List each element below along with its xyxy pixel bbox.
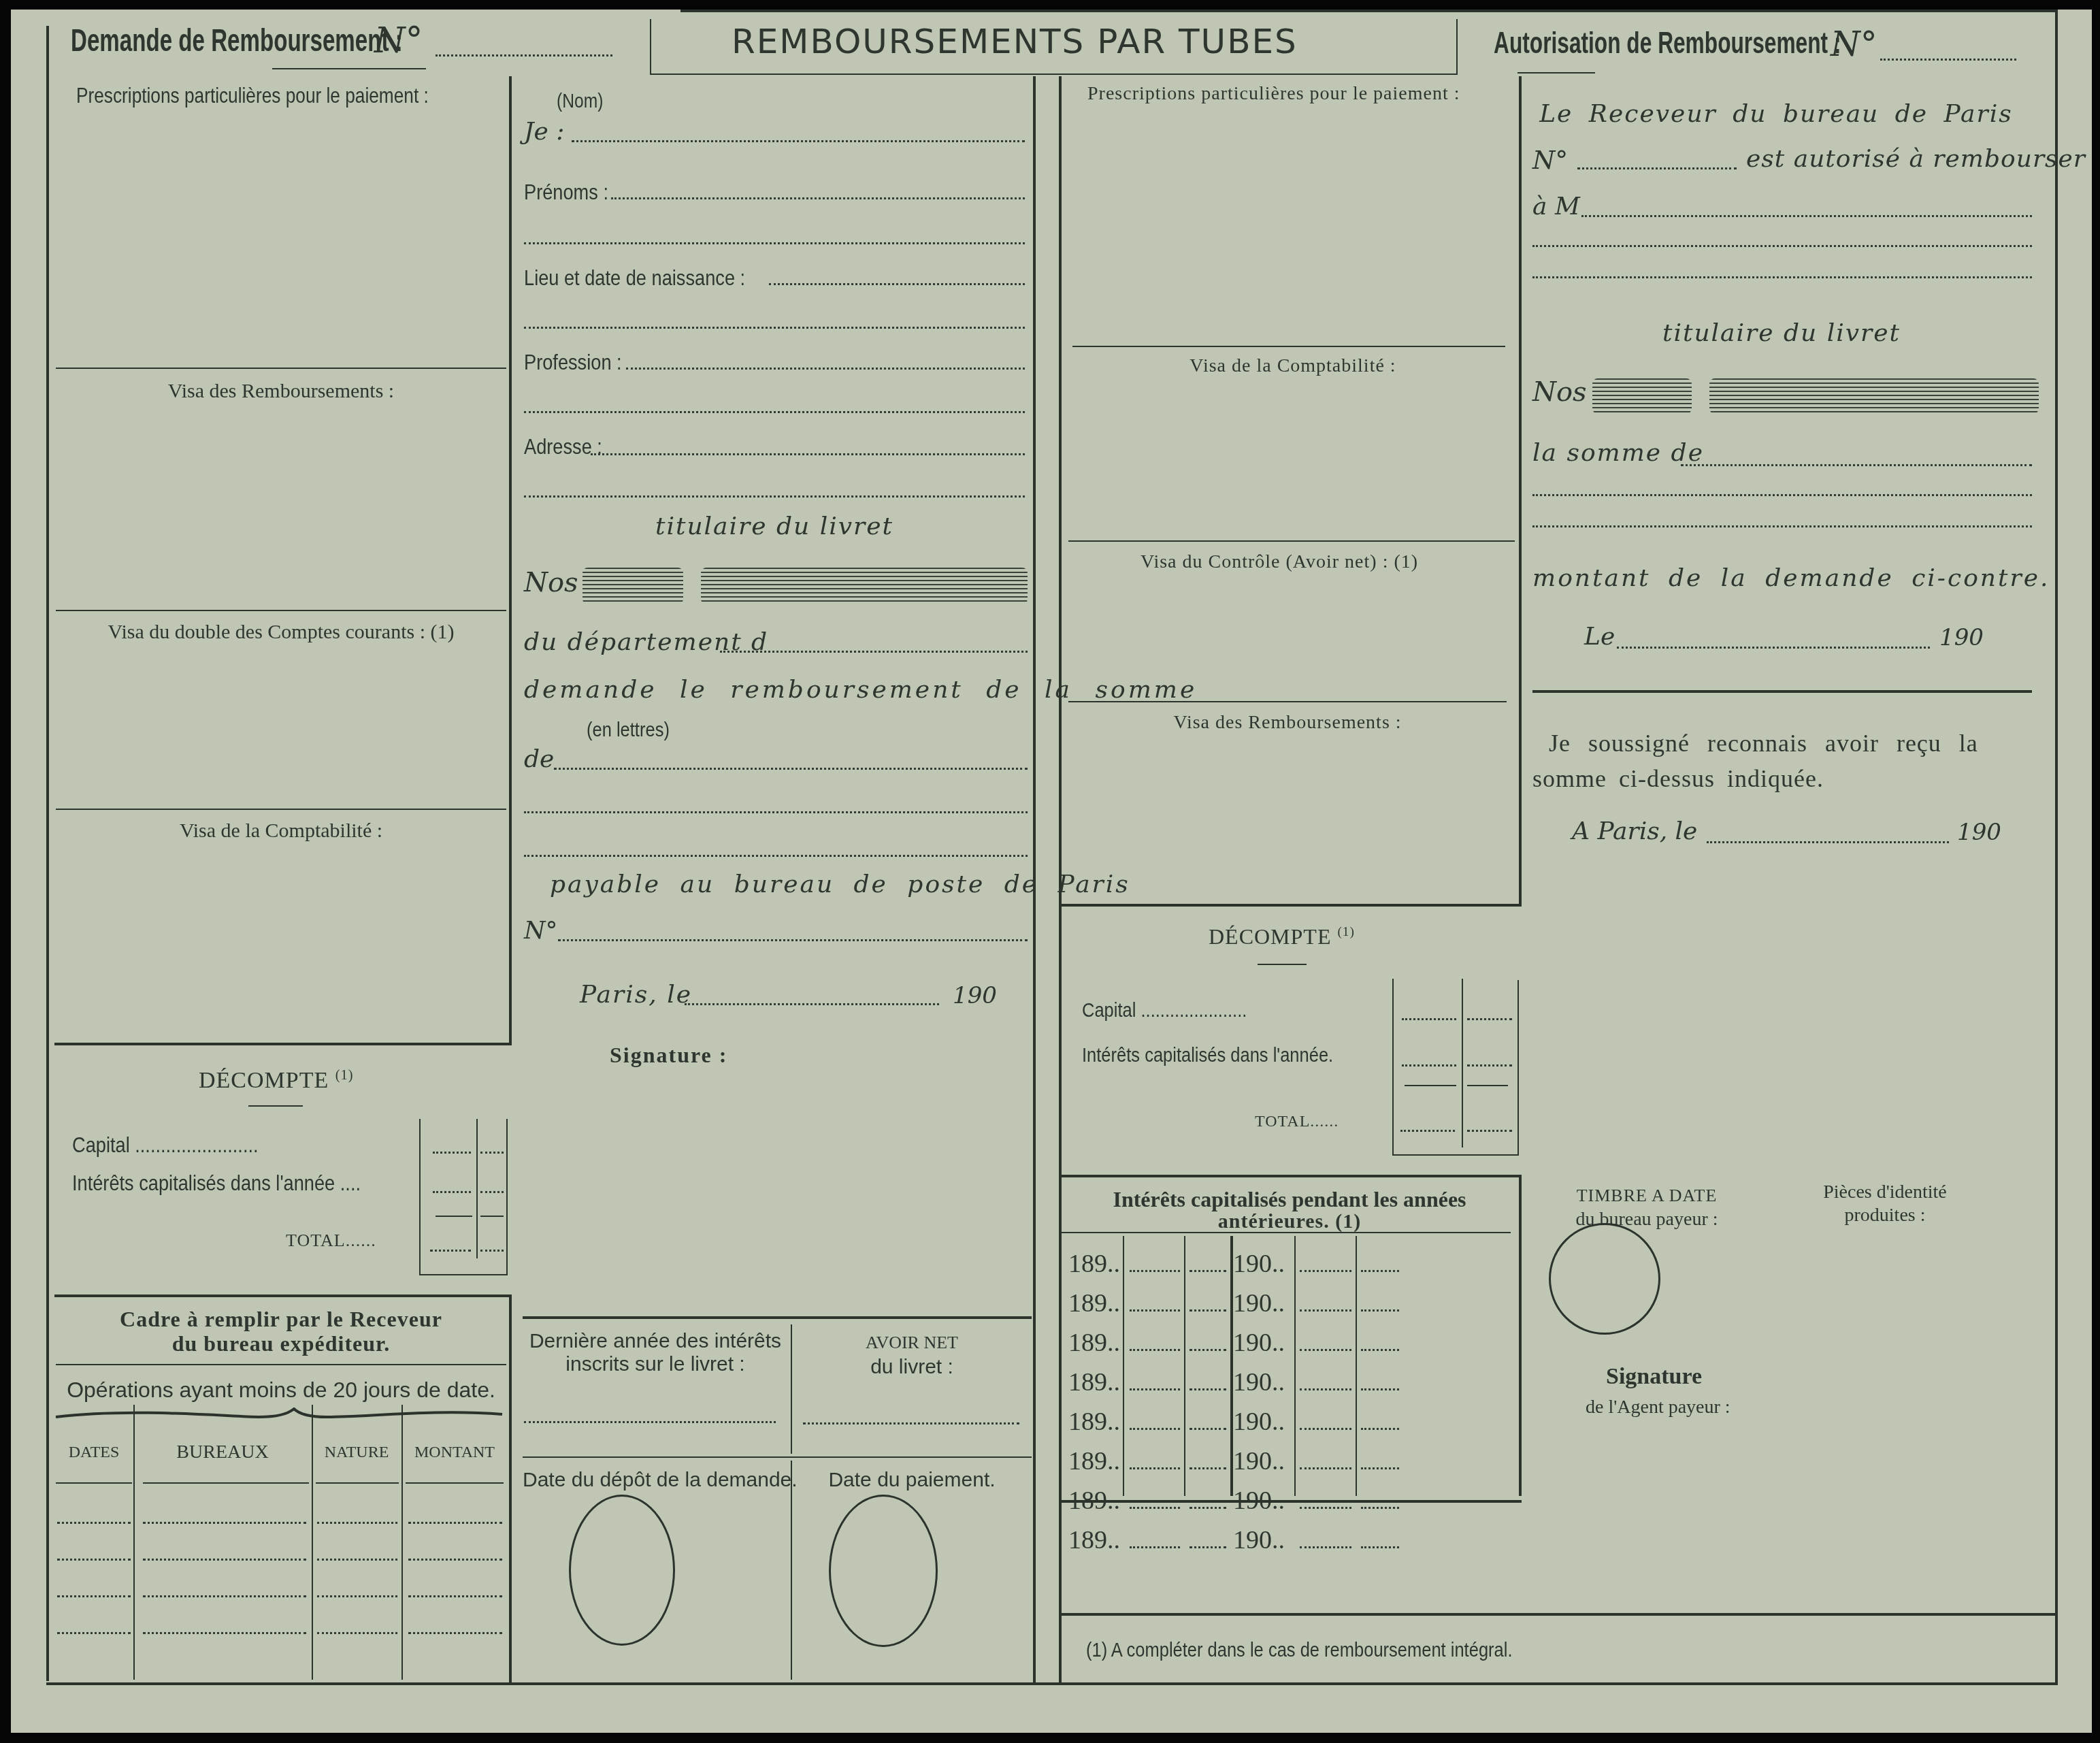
date-depot-stamp-circle bbox=[569, 1495, 675, 1646]
form-title: REMBOURSEMENTS PAR TUBES bbox=[732, 25, 1298, 59]
paris-le-label: Paris, le bbox=[580, 983, 692, 1007]
mr-capital-centimes[interactable] bbox=[1467, 1018, 1512, 1020]
mr-sum-rule-2 bbox=[1467, 1085, 1508, 1086]
somme-field-line2[interactable] bbox=[524, 811, 1028, 813]
row2-nature[interactable] bbox=[317, 1559, 397, 1561]
left-box-divider-2 bbox=[56, 610, 506, 611]
auth-no-field[interactable] bbox=[1577, 167, 1737, 169]
prenoms-label: Prénoms : bbox=[524, 181, 608, 203]
somme-de-label: la somme de bbox=[1532, 441, 1704, 466]
interets-right-francs[interactable] bbox=[1300, 1507, 1351, 1509]
receveur-title-line2: du bureau expéditeur. bbox=[56, 1333, 506, 1354]
left-decompte-note: (1) bbox=[335, 1068, 354, 1083]
mr-interets-francs[interactable] bbox=[1402, 1064, 1456, 1066]
lieu-naissance-field-line2[interactable] bbox=[524, 327, 1025, 329]
auth-somme-field-line2[interactable] bbox=[1532, 494, 2032, 496]
autorise-label: est autorisé à rembourser bbox=[1746, 147, 2086, 172]
interets-right-centimes[interactable] bbox=[1361, 1507, 1399, 1509]
derniere-annee-field[interactable] bbox=[524, 1421, 776, 1423]
outer-bottom-border bbox=[46, 1682, 2058, 1685]
mr-amount-right bbox=[1517, 980, 1519, 1156]
receveur-subtitle: Opérations ayant moins de 20 jours de da… bbox=[56, 1379, 506, 1401]
interets-left-centimes[interactable] bbox=[1190, 1467, 1226, 1469]
somme-field-line3[interactable] bbox=[524, 855, 1028, 857]
request-nos-label: Nos bbox=[524, 569, 578, 596]
interets-right-francs[interactable] bbox=[1300, 1349, 1351, 1351]
left-column-divider bbox=[509, 76, 512, 1043]
mr-decompte-title: DÉCOMPTE (1) bbox=[1209, 926, 1355, 947]
auth-somme-field-line3[interactable] bbox=[1532, 525, 2032, 527]
interets-year-left: 189.. bbox=[1068, 1527, 1120, 1553]
interets-title-rule bbox=[1059, 1232, 1511, 1233]
pieces-label-line2: produites : bbox=[1742, 1206, 2028, 1225]
mr-visa-controle-label: Visa du Contrôle (Avoir net) : (1) bbox=[1068, 553, 1490, 572]
request-signature-label: Signature : bbox=[610, 1044, 727, 1066]
payable-no-label: N° bbox=[524, 919, 558, 943]
row1-montant[interactable] bbox=[408, 1522, 502, 1524]
left-decompte-title-text: DÉCOMPTE bbox=[199, 1068, 329, 1093]
interets-year-left: 189.. bbox=[1068, 1290, 1120, 1316]
interets-year-left: 189.. bbox=[1068, 1330, 1120, 1356]
col-rule-montant bbox=[406, 1482, 504, 1484]
request-livret-number-2[interactable] bbox=[701, 568, 1028, 604]
mr-total-francs[interactable] bbox=[1400, 1130, 1455, 1132]
en-lettres-hint: (en lettres) bbox=[587, 720, 670, 740]
paris-le-year: 190 bbox=[953, 984, 997, 1007]
interets-year-left: 189.. bbox=[1068, 1369, 1120, 1395]
auth-somme-field[interactable] bbox=[1681, 464, 2032, 466]
row2-dates[interactable] bbox=[57, 1559, 131, 1561]
left-interets-centimes[interactable] bbox=[480, 1191, 504, 1193]
receipt-line1: Je soussigné reconnais avoir reçu la bbox=[1549, 731, 1978, 755]
payable-no-field[interactable] bbox=[558, 939, 1028, 941]
title-box-right bbox=[1456, 19, 1458, 74]
interets-left-francs[interactable] bbox=[1130, 1467, 1180, 1469]
adresse-field[interactable] bbox=[591, 453, 1025, 455]
interets-year-right: 190.. bbox=[1233, 1448, 1285, 1474]
left-box-divider-3 bbox=[56, 809, 506, 810]
mr-visa-remboursements-label: Visa des Remboursements : bbox=[1068, 713, 1507, 732]
mr-total-label: TOTAL...... bbox=[1255, 1113, 1339, 1130]
footnote-top-rule bbox=[1059, 1613, 2058, 1616]
row4-nature[interactable] bbox=[317, 1632, 397, 1634]
interets-table-right bbox=[1519, 1175, 1522, 1496]
left-capital-label: Capital ........................ bbox=[72, 1134, 259, 1156]
mr-box-divider-3 bbox=[1068, 701, 1507, 702]
je-label: Je : bbox=[524, 120, 564, 144]
je-field[interactable] bbox=[572, 140, 1025, 142]
mr-total-centimes[interactable] bbox=[1467, 1130, 1512, 1132]
interets-right-centimes[interactable] bbox=[1361, 1467, 1399, 1469]
interets-left-centimes[interactable] bbox=[1190, 1507, 1226, 1509]
row3-montant[interactable] bbox=[408, 1595, 502, 1597]
left-decompte-top-rule bbox=[54, 1043, 512, 1045]
receipt-line2: somme ci-dessus indiquée. bbox=[1532, 766, 1824, 791]
row4-bureaux[interactable] bbox=[143, 1632, 306, 1634]
date-depot-label: Date du dépôt de la demande. bbox=[523, 1470, 788, 1490]
mr-decompte-title-text: DÉCOMPTE bbox=[1209, 924, 1331, 949]
row4-montant[interactable] bbox=[408, 1632, 502, 1634]
interets-right-centimes[interactable] bbox=[1361, 1546, 1399, 1548]
interets-left-centimes[interactable] bbox=[1190, 1270, 1226, 1272]
left-decompte-amount-right bbox=[506, 1119, 508, 1275]
interets-right-francs[interactable] bbox=[1300, 1309, 1351, 1312]
col-rule-bureaux bbox=[143, 1482, 309, 1484]
col-rule-dates bbox=[56, 1482, 132, 1484]
interets-year-right: 190.. bbox=[1233, 1527, 1285, 1553]
outer-left-border bbox=[46, 26, 49, 1681]
interets-table-top bbox=[1059, 1175, 1522, 1177]
col-header-nature: NATURE bbox=[313, 1444, 400, 1461]
left-sum-rule-2 bbox=[480, 1216, 504, 1217]
receveur-brace-icon bbox=[54, 1407, 504, 1421]
middle-right-divider bbox=[1519, 76, 1522, 904]
receveur-box-top bbox=[54, 1294, 512, 1297]
mr-visa-comptabilite-label: Visa de la Comptabilité : bbox=[1068, 357, 1517, 376]
profession-field[interactable] bbox=[626, 368, 1025, 370]
mr-capital-label: Capital ...................... bbox=[1082, 1000, 1247, 1021]
auth-nos-label: Nos bbox=[1532, 378, 1587, 406]
mr-interets-centimes[interactable] bbox=[1467, 1064, 1512, 1066]
autorisation-number-field[interactable] bbox=[1880, 59, 2016, 61]
timbre-date-circle bbox=[1549, 1223, 1660, 1335]
interets-left-francs[interactable] bbox=[1130, 1349, 1180, 1351]
a-paris-le-year: 190 bbox=[1957, 821, 2001, 844]
a-m-field[interactable] bbox=[1581, 215, 2032, 217]
interets-right-francs[interactable] bbox=[1300, 1546, 1351, 1548]
autorisation-header-underline bbox=[1517, 72, 1595, 74]
montant-label: montant de la demande ci-contre. bbox=[1532, 566, 2050, 591]
row2-montant[interactable] bbox=[408, 1559, 502, 1561]
left-capital-francs[interactable] bbox=[433, 1152, 471, 1154]
col-header-montant: MONTANT bbox=[403, 1444, 506, 1461]
interets-left-centimes[interactable] bbox=[1190, 1309, 1226, 1312]
a-paris-le-label: A Paris, le bbox=[1572, 819, 1697, 844]
interets-left-francs[interactable] bbox=[1130, 1546, 1180, 1548]
date-paiement-stamp-circle bbox=[829, 1495, 938, 1647]
interets-year-right: 190.. bbox=[1233, 1290, 1285, 1316]
a-paris-le-field[interactable] bbox=[1707, 841, 1949, 843]
interets-right-francs[interactable] bbox=[1300, 1467, 1351, 1469]
left-sum-rule-1 bbox=[436, 1216, 472, 1217]
title-box-left bbox=[650, 19, 651, 74]
left-box-divider-1 bbox=[56, 368, 506, 369]
demande-number-field[interactable] bbox=[436, 54, 612, 56]
row1-dates[interactable] bbox=[57, 1522, 131, 1524]
left-visa-comptabilite-label: Visa de la Comptabilité : bbox=[56, 821, 506, 841]
col-rule-nature bbox=[316, 1482, 399, 1484]
left-decompte-underline bbox=[248, 1105, 303, 1107]
row3-nature[interactable] bbox=[317, 1595, 397, 1597]
interets-right-francs[interactable] bbox=[1300, 1270, 1351, 1272]
interets-col-5 bbox=[1356, 1236, 1357, 1496]
mr-amount-left bbox=[1392, 979, 1394, 1156]
row1-nature[interactable] bbox=[317, 1522, 397, 1524]
autorisation-header: Autorisation de Remboursement : bbox=[1494, 29, 1841, 59]
footnote: (1) A compléter dans le cas de rembourse… bbox=[1086, 1640, 1512, 1661]
auth-livret-number-1[interactable] bbox=[1592, 378, 1692, 414]
left-total-francs[interactable] bbox=[430, 1250, 471, 1252]
left-interets-francs[interactable] bbox=[433, 1191, 471, 1193]
row2-bureaux[interactable] bbox=[143, 1559, 306, 1561]
left-interets-label: Intérêts capitalisés dans l'année .... bbox=[72, 1172, 361, 1194]
demande-header: Demande de Remboursement : bbox=[71, 25, 403, 56]
auth-titulaire: titulaire du livret bbox=[1531, 321, 2032, 346]
somme-field[interactable] bbox=[554, 768, 1028, 770]
interets-col-2 bbox=[1184, 1236, 1185, 1496]
interets-left-francs[interactable] bbox=[1130, 1507, 1180, 1509]
nom-hint: (Nom) bbox=[557, 91, 603, 112]
interets-title-line2: antérieures. (1) bbox=[1068, 1211, 1511, 1232]
interets-left-francs[interactable] bbox=[1130, 1428, 1180, 1430]
de-label: de bbox=[524, 747, 554, 772]
agent-payeur-label: de l'Agent payeur : bbox=[1586, 1398, 1730, 1417]
interets-year-left: 189.. bbox=[1068, 1251, 1120, 1277]
left-visa-comptes-label: Visa du double des Comptes courants : (1… bbox=[56, 622, 506, 642]
interets-left-centimes[interactable] bbox=[1190, 1388, 1226, 1390]
outer-right-border bbox=[2055, 10, 2058, 1685]
interets-col-1 bbox=[1123, 1236, 1124, 1496]
mr-sum-rule-1 bbox=[1405, 1085, 1456, 1086]
left-decompte-amount-mid bbox=[476, 1119, 478, 1258]
interets-left-centimes[interactable] bbox=[1190, 1546, 1226, 1548]
left-visa-remboursements-label: Visa des Remboursements : bbox=[56, 381, 506, 402]
avoir-net-line2: du livret : bbox=[792, 1357, 1032, 1378]
receveur-paris-label: Le Receveur du bureau de Paris bbox=[1531, 102, 2021, 127]
avoir-net-field[interactable] bbox=[803, 1422, 1019, 1424]
departement-field[interactable] bbox=[720, 651, 1028, 653]
mr-decompte-underline bbox=[1258, 964, 1307, 965]
lieu-naissance-field[interactable] bbox=[769, 283, 1025, 285]
left-total-label: TOTAL...... bbox=[286, 1232, 376, 1250]
left-decompte-title: DÉCOMPTE (1) bbox=[199, 1069, 354, 1092]
middle-right-left-border bbox=[1059, 76, 1062, 1682]
prenoms-field-line2[interactable] bbox=[524, 242, 1025, 244]
interets-right-francs[interactable] bbox=[1300, 1428, 1351, 1430]
interets-year-right: 190.. bbox=[1233, 1369, 1285, 1395]
title-box-bottom bbox=[650, 74, 1458, 75]
request-titulaire: titulaire du livret bbox=[524, 515, 1025, 539]
outer-top-border-right bbox=[680, 10, 2058, 12]
timbre-label-line2: du bureau payeur : bbox=[1531, 1210, 1762, 1229]
pieces-label-line1: Pièces d'identité bbox=[1742, 1183, 2028, 1202]
interets-right-francs[interactable] bbox=[1300, 1388, 1351, 1390]
a-m-label: à M bbox=[1532, 195, 1580, 219]
receveur-title-rule bbox=[56, 1364, 506, 1365]
row1-bureaux[interactable] bbox=[143, 1522, 306, 1524]
row4-dates[interactable] bbox=[57, 1632, 131, 1634]
interets-title-line1: Intérêts capitalisés pendant les années bbox=[1068, 1188, 1511, 1210]
lieu-naissance-label: Lieu et date de naissance : bbox=[524, 267, 745, 289]
mr-box-divider-2 bbox=[1068, 540, 1515, 542]
paris-le-field[interactable] bbox=[685, 1003, 939, 1005]
auth-le-year: 190 bbox=[1939, 626, 1984, 649]
interets-left-centimes[interactable] bbox=[1190, 1349, 1226, 1351]
a-m-field-line2[interactable] bbox=[1532, 245, 2032, 247]
col-header-bureaux: BUREAUX bbox=[135, 1443, 310, 1462]
payable-label: payable au bureau de poste de Paris bbox=[550, 873, 1130, 897]
receveur-box-right bbox=[509, 1294, 512, 1682]
timbre-label-line1: TIMBRE A DATE bbox=[1531, 1187, 1762, 1205]
interets-year-left: 189.. bbox=[1068, 1448, 1120, 1474]
auth-le-field[interactable] bbox=[1617, 647, 1930, 649]
prenoms-field[interactable] bbox=[611, 197, 1025, 199]
mr-boxes-bottom-rule bbox=[1059, 904, 1522, 907]
left-decompte-amount-bottom bbox=[419, 1274, 508, 1275]
interets-right-centimes[interactable] bbox=[1361, 1428, 1399, 1430]
left-prescriptions-label: Prescriptions particulières pour le paie… bbox=[76, 84, 429, 106]
mr-amount-mid bbox=[1462, 979, 1463, 1147]
interets-left-francs[interactable] bbox=[1130, 1270, 1180, 1272]
interets-year-right: 190.. bbox=[1233, 1330, 1285, 1356]
interets-col-4 bbox=[1294, 1236, 1296, 1496]
derniere-annee-line2: inscrits sur le livret : bbox=[523, 1354, 788, 1375]
row3-dates[interactable] bbox=[57, 1595, 131, 1597]
agent-signature-label: Signature bbox=[1606, 1365, 1702, 1388]
interets-table-bottom bbox=[1059, 1500, 1522, 1503]
col-header-dates: DATES bbox=[56, 1444, 132, 1461]
demande-header-underline bbox=[272, 68, 426, 69]
avoir-net-line1: AVOIR NET bbox=[792, 1334, 1032, 1352]
date-paiement-label: Date du paiement. bbox=[792, 1470, 1032, 1490]
interets-right-centimes[interactable] bbox=[1361, 1309, 1399, 1312]
mr-capital-francs[interactable] bbox=[1402, 1018, 1456, 1020]
autorisation-number-label: N° bbox=[1831, 27, 1877, 61]
receveur-title-line1: Cadre à remplir par le Receveur bbox=[56, 1308, 506, 1330]
left-total-centimes[interactable] bbox=[480, 1250, 504, 1252]
row3-bureaux[interactable] bbox=[143, 1595, 306, 1597]
interets-left-francs[interactable] bbox=[1130, 1388, 1180, 1390]
mr-amount-bottom bbox=[1392, 1154, 1519, 1156]
interets-left-francs[interactable] bbox=[1130, 1309, 1180, 1312]
interets-right-centimes[interactable] bbox=[1361, 1388, 1399, 1390]
request-bottom-top-rule bbox=[523, 1316, 1032, 1319]
mr-prescriptions-label: Prescriptions particulières pour le paie… bbox=[1087, 84, 1460, 103]
mr-decompte-note: (1) bbox=[1337, 925, 1354, 939]
interets-year-right: 190.. bbox=[1233, 1409, 1285, 1435]
auth-le-label: Le bbox=[1584, 625, 1615, 649]
a-m-field-line3[interactable] bbox=[1532, 276, 2032, 278]
receipt-top-rule bbox=[1532, 690, 2032, 693]
interets-right-centimes[interactable] bbox=[1361, 1349, 1399, 1351]
interets-left-centimes[interactable] bbox=[1190, 1428, 1226, 1430]
mr-box-divider-1 bbox=[1072, 346, 1505, 347]
adresse-field-line2[interactable] bbox=[524, 495, 1025, 498]
demande-number-label: N° bbox=[374, 23, 423, 59]
profession-field-line2[interactable] bbox=[524, 411, 1025, 413]
interets-year-left: 189.. bbox=[1068, 1409, 1120, 1435]
interets-right-centimes[interactable] bbox=[1361, 1270, 1399, 1272]
request-livret-number-1[interactable] bbox=[583, 568, 683, 604]
auth-livret-number-2[interactable] bbox=[1709, 378, 2039, 414]
demande-label: demande le remboursement de la somme bbox=[524, 678, 1197, 702]
request-bottom-mid-rule bbox=[523, 1456, 1032, 1458]
auth-no-label: N° bbox=[1532, 147, 1568, 173]
request-bottom-mid-div-2 bbox=[791, 1461, 792, 1680]
derniere-annee-line1: Dernière année des intérêts bbox=[523, 1331, 788, 1352]
mr-interets-label: Intérêts capitalisés dans l'année. bbox=[1082, 1045, 1333, 1066]
left-decompte-amount-left bbox=[419, 1119, 421, 1275]
interets-year-right: 190.. bbox=[1233, 1251, 1285, 1277]
left-capital-centimes[interactable] bbox=[480, 1152, 504, 1154]
profession-label: Profession : bbox=[524, 351, 622, 373]
